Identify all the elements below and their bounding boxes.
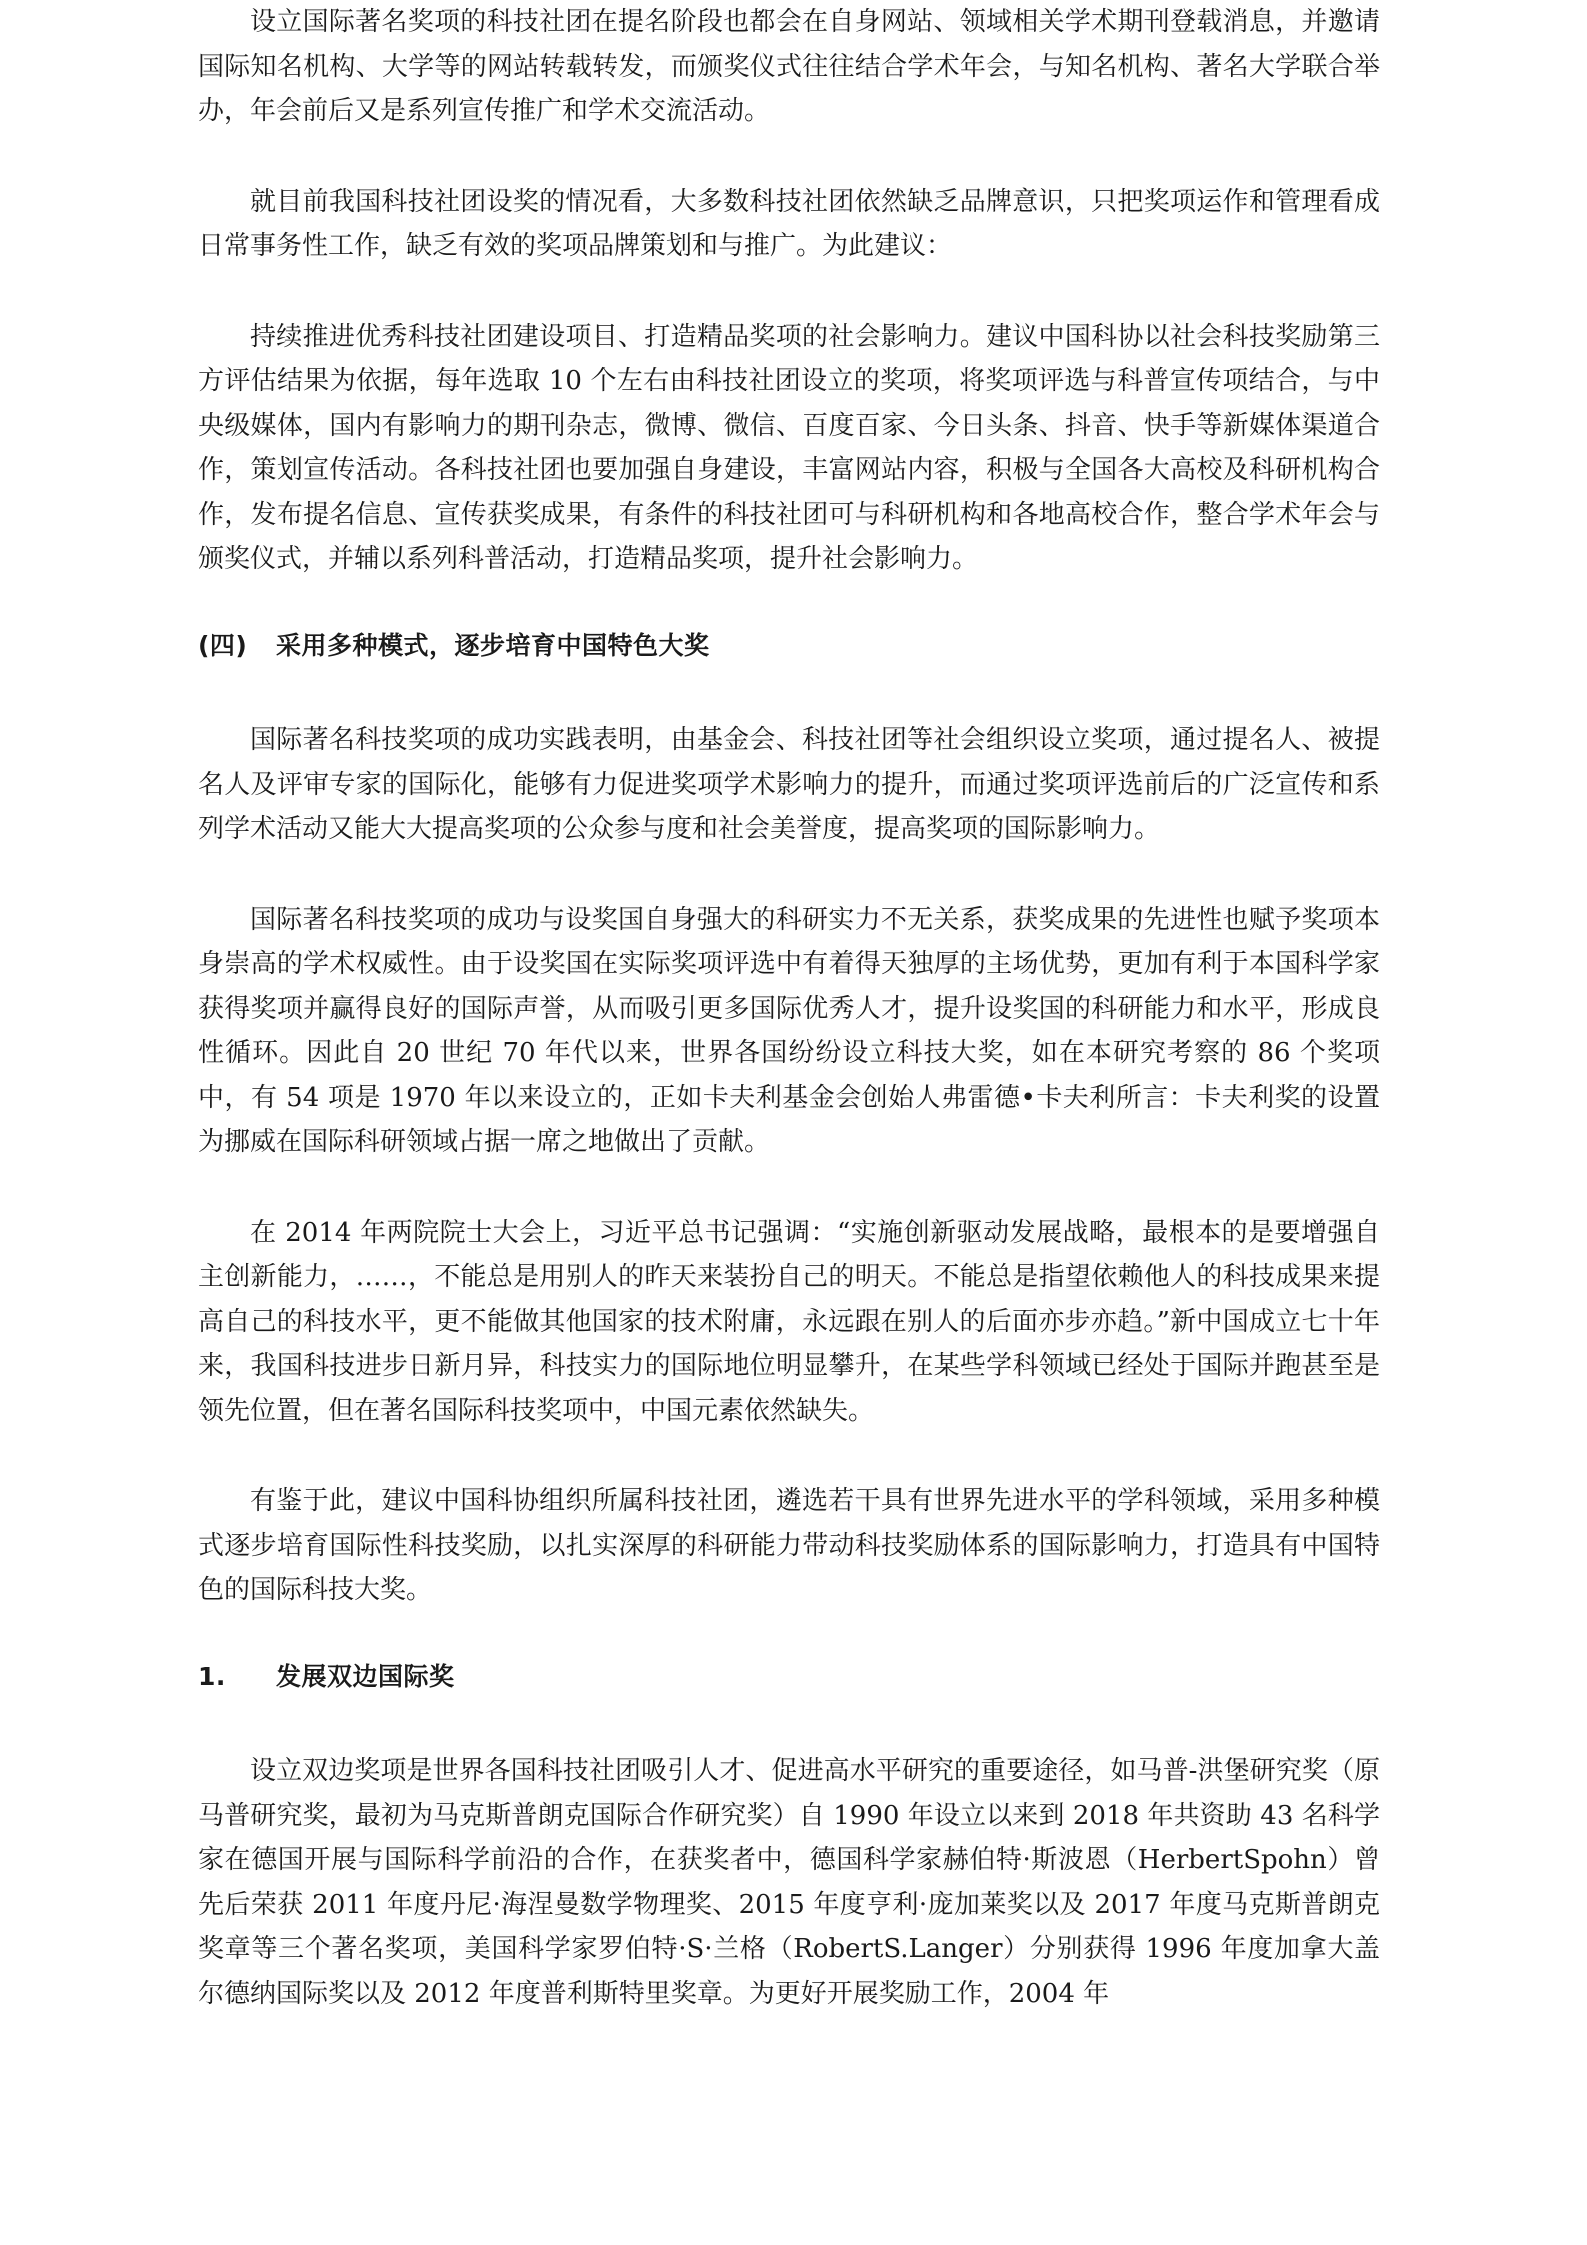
subsection-number: 1. [198, 1655, 276, 1700]
section-heading-4: (四)采用多种模式，逐步培育中国特色大奖 [198, 624, 1380, 669]
subsection-title: 发展双边国际奖 [276, 1662, 455, 1691]
paragraph-current-situation: 就目前我国科技社团设奖的情况看，大多数科技社团依然缺乏品牌意识，只把奖项运作和管… [198, 180, 1380, 269]
subsection-heading-1: 1.发展双边国际奖 [198, 1655, 1380, 1700]
paragraph-suggestion: 有鉴于此，建议中国科协组织所属科技社团，遴选若干具有世界先进水平的学科领域，采用… [198, 1479, 1380, 1613]
paragraph-bilateral-awards: 设立双边奖项是世界各国科技社团吸引人才、促进高水平研究的重要途径，如马普-洪堡研… [198, 1749, 1380, 2016]
paragraph-innovation-quote: 在 2014 年两院院士大会上，习近平总书记强调：“实施创新驱动发展战略，最根本… [198, 1211, 1380, 1434]
section-number: (四) [198, 624, 276, 669]
section-title: 采用多种模式，逐步培育中国特色大奖 [276, 631, 710, 660]
paragraph-recommendation: 持续推进优秀科技社团建设项目、打造精品奖项的社会影响力。建议中国科协以社会科技奖… [198, 315, 1380, 582]
document-page: 设立国际著名奖项的科技社团在提名阶段也都会在自身网站、领域相关学术期刊登载消息，… [198, 0, 1380, 2016]
paragraph-international-practice: 国际著名科技奖项的成功实践表明，由基金会、科技社团等社会组织设立奖项，通过提名人… [198, 718, 1380, 852]
paragraph-award-promotion: 设立国际著名奖项的科技社团在提名阶段也都会在自身网站、领域相关学术期刊登载消息，… [198, 0, 1380, 134]
paragraph-research-strength: 国际著名科技奖项的成功与设奖国自身强大的科研实力不无关系，获奖成果的先进性也赋予… [198, 898, 1380, 1165]
